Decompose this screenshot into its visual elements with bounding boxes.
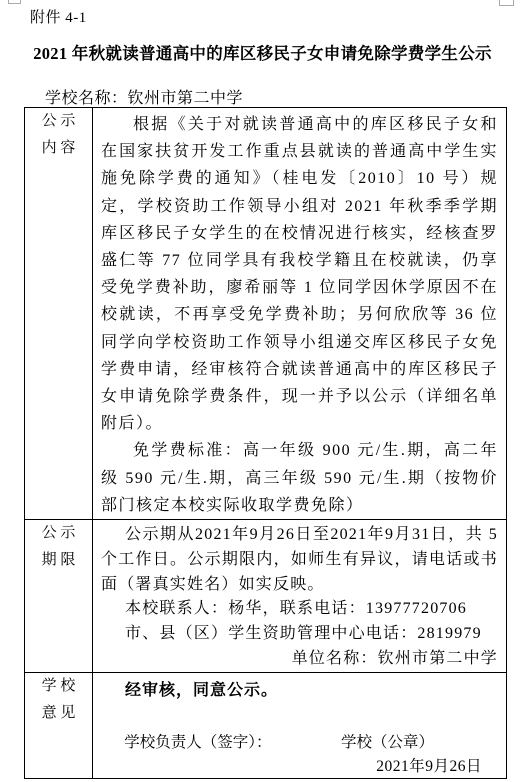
notice-form-table: 公 示 内 容 根据《关于对就读普通高中的库区移民子女和在国家扶贫开发工作重点县… [24,107,507,779]
approval-statement: 经审核，同意公示。 [101,680,498,702]
row-notice-period: 公 示 期 限 公示期从2021年9月26日至2021年9月31日，共 5 个工… [25,520,507,673]
notice-period-paragraph: 公示期从2021年9月26日至2021年9月31日，共 5 个工作日。公示期限内… [101,523,498,597]
label-line: 学 校 [27,673,90,700]
label-line: 意 见 [27,700,90,727]
row-label-notice-period: 公 示 期 限 [25,520,93,673]
row-label-notice-content: 公 示 内 容 [25,108,93,520]
cell-notice-period: 公示期从2021年9月26日至2021年9月31日，共 5 个工作日。公示期限内… [93,520,507,673]
opinion-date: 2021年9月26日 [101,756,498,778]
notice-content-paragraph-2: 免学费标准：高一年级 900 元/生.期，高二年级 590 元/生.期，高三年级… [101,437,498,519]
label-line: 内 容 [27,135,90,162]
document-page: 附件 4-1 2021 年秋就读普通高中的库区移民子女申请免除学费学生公示 学校… [0,0,525,782]
scan-artifact-top-left [8,0,21,4]
attachment-label: 附件 4-1 [30,6,87,27]
row-notice-content: 公 示 内 容 根据《关于对就读普通高中的库区移民子女和在国家扶贫开发工作重点县… [25,108,507,520]
row-school-opinion: 学 校 意 见 经审核，同意公示。 学校负责人（签字）： 学校（公章） 2021… [25,672,507,778]
aid-center-phone-line: 市、县（区）学生资助管理中心电话：2819979 [101,622,498,647]
cell-school-opinion: 经审核，同意公示。 学校负责人（签字）： 学校（公章） 2021年9月26日 [93,672,507,778]
label-line: 公 示 [27,520,90,547]
scan-artifact-top-right [499,0,514,6]
cell-notice-content: 根据《关于对就读普通高中的库区移民子女和在国家扶贫开发工作重点县就读的普通高中学… [93,108,507,520]
notice-content-paragraph-1: 根据《关于对就读普通高中的库区移民子女和在国家扶贫开发工作重点县就读的普通高中学… [101,111,498,437]
school-contact-line: 本校联系人：杨华，联系电话：13977720706 [101,597,498,622]
label-line: 期 限 [27,547,90,574]
unit-name-line: 单位名称：钦州市第二中学 [101,647,498,672]
school-seal-label: 学校（公章） [341,732,434,754]
principal-signature-label: 学校负责人（签字）： [124,734,271,751]
document-title: 2021 年秋就读普通高中的库区移民子女申请免除学费学生公示 [0,40,525,64]
row-label-school-opinion: 学 校 意 见 [25,672,93,778]
signature-seal-line: 学校负责人（签字）： 学校（公章） [101,732,498,754]
label-line: 公 示 [27,108,90,135]
school-name-line: 学校名称：钦州市第二中学 [45,85,243,108]
